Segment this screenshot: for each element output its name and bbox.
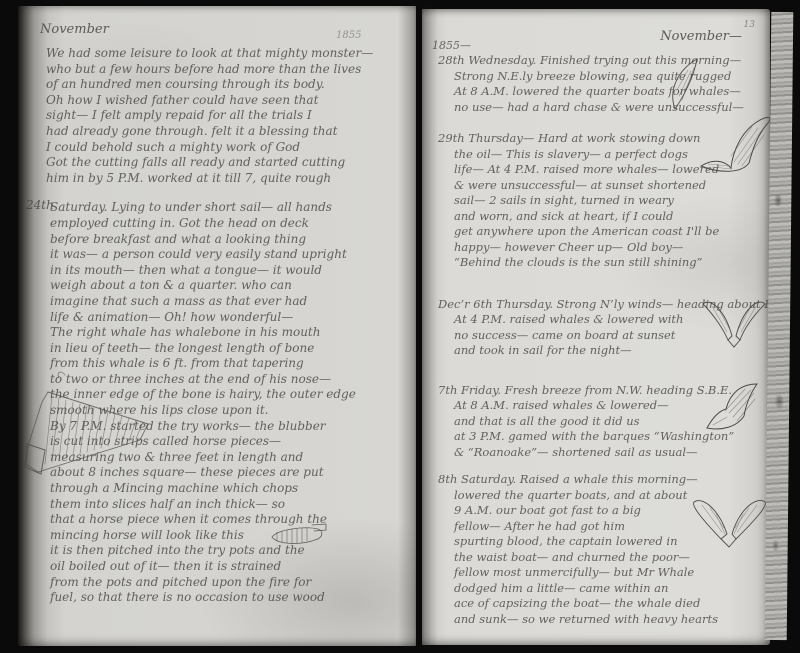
handwriting-line: who but a few hours before had more than… <box>46 62 410 78</box>
handwriting-line: “Behind the clouds is the sun still shin… <box>454 255 770 271</box>
page-number: 13 <box>744 20 755 30</box>
handwriting-line: Dec’r 6th Thursday. Strong N’ly winds— h… <box>454 297 770 313</box>
left-page-text: We had some leisure to look at that migh… <box>46 46 410 606</box>
handwriting-line: through a Mincing machine which chops <box>50 481 410 497</box>
handwriting-line: about 8 inches square— these pieces are … <box>50 465 410 481</box>
right-page-month-header: November— <box>660 29 742 44</box>
journal-entry-continuation: We had some leisure to look at that migh… <box>46 46 410 186</box>
handwriting-line: at 3 P.M. gamed with the barques “Washin… <box>454 429 770 445</box>
handwriting-line: Oh how I wished father could have seen t… <box>46 93 410 109</box>
handwriting-line: mincing horse will look like this <box>50 528 410 544</box>
left-page: November 1855 24th We had some leisure t… <box>18 6 416 646</box>
handwriting-line: get anywhere upon the American coast I'l… <box>454 224 770 240</box>
handwriting-line: By 7 P.M. started the try works— the blu… <box>50 419 410 435</box>
handwriting-line: the inner edge of the bone is hairy, the… <box>50 387 410 403</box>
handwriting-line: imagine that such a mass as that ever ha… <box>50 294 410 310</box>
handwriting-line: weigh about a ton & a quarter. who can <box>50 278 410 294</box>
handwriting-line: employed cutting in. Got the head on dec… <box>50 216 410 232</box>
handwriting-line: it is then pitched into the try pots and… <box>50 543 410 559</box>
handwriting-line: fuel, so that there is no occasion to us… <box>50 590 410 606</box>
handwriting-line: Strong N.E.ly breeze blowing, sea quite … <box>454 69 770 85</box>
handwriting-line: We had some leisure to look at that migh… <box>46 46 410 62</box>
handwriting-line: from this whale is 6 ft. from that taper… <box>50 356 410 372</box>
handwriting-line: and took in sail for the night— <box>454 343 770 359</box>
handwriting-line: no success— came on board at sunset <box>454 328 770 344</box>
handwriting-line: and worn, and sick at heart, if I could <box>454 209 770 225</box>
journal-entry-nov-29: 29th Thursday— Hard at work stowing down… <box>438 131 770 271</box>
journal-entry-dec-7: 7th Friday. Fresh breeze from N.W. headi… <box>438 383 770 461</box>
handwriting-line: oil boiled out of it— then it is straine… <box>50 559 410 575</box>
handwriting-line: it was— a person could very easily stand… <box>50 247 410 263</box>
handwriting-line: and sunk— so we returned with heavy hear… <box>454 612 770 628</box>
left-page-month-header: November <box>40 22 109 37</box>
handwriting-line: life— At 4 P.M. raised more whales— lowe… <box>454 162 770 178</box>
journal-entry-nov-28: 28th Wednesday. Finished trying out this… <box>438 53 770 115</box>
journal-entry-nov-24: Saturday. Lying to under short sail— all… <box>46 200 410 605</box>
handwriting-line: Got the cutting falls all ready and star… <box>46 155 410 171</box>
handwriting-line: the oil— This is slavery— a perfect dogs <box>454 147 770 163</box>
handwriting-line: of an hundred men coursing through its b… <box>46 77 410 93</box>
handwriting-line: ace of capsizing the boat— the whale die… <box>454 596 770 612</box>
handwriting-line: that a horse piece when it comes through… <box>50 512 410 528</box>
handwriting-line: & “Roanoake”— shortened sail as usual— <box>454 445 770 461</box>
handwriting-line: before breakfast and what a looking thin… <box>50 232 410 248</box>
handwriting-line: life & animation— Oh! how wonderful— <box>50 310 410 326</box>
handwriting-line: him in by 5 P.M. worked at it till 7, qu… <box>46 171 410 187</box>
handwriting-line: 29th Thursday— Hard at work stowing down <box>454 131 770 147</box>
handwriting-line: them into slices half an inch thick— so <box>50 497 410 513</box>
handwriting-line: The right whale has whalebone in his mou… <box>50 325 410 341</box>
handwriting-line: At 8 A.M. lowered the quarter boats for … <box>454 84 770 100</box>
handwriting-line: measuring two & three feet in length and <box>50 450 410 466</box>
right-page-year: 1855— <box>432 39 471 52</box>
handwriting-line: smooth where his lips close upon it. <box>50 403 410 419</box>
handwriting-line: fellow— After he had got him <box>454 519 770 535</box>
handwriting-line: and that is all the good it did us <box>454 414 770 430</box>
handwriting-line: sail— 2 sails in sight, turned in weary <box>454 193 770 209</box>
handwriting-line: happy— however Cheer up— Old boy— <box>454 240 770 256</box>
handwriting-line: spurting blood, the captain lowered in <box>454 534 770 550</box>
left-page-year: 1855 <box>336 30 361 41</box>
handwriting-line: fellow most unmercifully— but Mr Whale <box>454 565 770 581</box>
handwriting-line: I could behold such a mighty work of God <box>46 140 410 156</box>
handwriting-line: in lieu of teeth— the longest length of … <box>50 341 410 357</box>
handwriting-line: 8th Saturday. Raised a whale this mornin… <box>454 472 770 488</box>
handwriting-line: At 8 A.M. raised whales & lowered— <box>454 398 770 414</box>
handwriting-line: no use— had a hard chase & were unsucces… <box>454 100 770 116</box>
right-page-text: 28th Wednesday. Finished trying out this… <box>438 53 770 627</box>
handwriting-line: 28th Wednesday. Finished trying out this… <box>454 53 770 69</box>
right-page: 13 1855— November— 28th Wednesday. Finis… <box>422 9 770 645</box>
handwriting-line: from the pots and pitched upon the fire … <box>50 575 410 591</box>
handwriting-line: 9 A.M. our boat got fast to a big <box>454 503 770 519</box>
handwriting-line: At 4 P.M. raised whales & lowered with <box>454 312 770 328</box>
handwriting-line: 7th Friday. Fresh breeze from N.W. headi… <box>454 383 770 399</box>
handwriting-line: sight— I felt amply repaid for all the t… <box>46 108 410 124</box>
handwriting-line: is cut into strips called horse pieces— <box>50 434 410 450</box>
handwriting-line: had already gone through. felt it a bles… <box>46 124 410 140</box>
handwriting-line: to two or three inches at the end of his… <box>50 372 410 388</box>
journal-entry-dec-6: Dec’r 6th Thursday. Strong N’ly winds— h… <box>438 297 770 359</box>
handwriting-line: the waist boat— and churned the poor— <box>454 550 770 566</box>
handwriting-line: in its mouth— then what a tongue— it wou… <box>50 263 410 279</box>
handwriting-line: Saturday. Lying to under short sail— all… <box>50 200 410 216</box>
handwriting-line: lowered the quarter boats, and at about <box>454 488 770 504</box>
journal-scan: November 1855 24th We had some leisure t… <box>0 0 800 653</box>
journal-entry-dec-8: 8th Saturday. Raised a whale this mornin… <box>438 472 770 627</box>
handwriting-line: dodged him a little— came within an <box>454 581 770 597</box>
handwriting-line: & were unsuccessful— at sunset shortened <box>454 178 770 194</box>
